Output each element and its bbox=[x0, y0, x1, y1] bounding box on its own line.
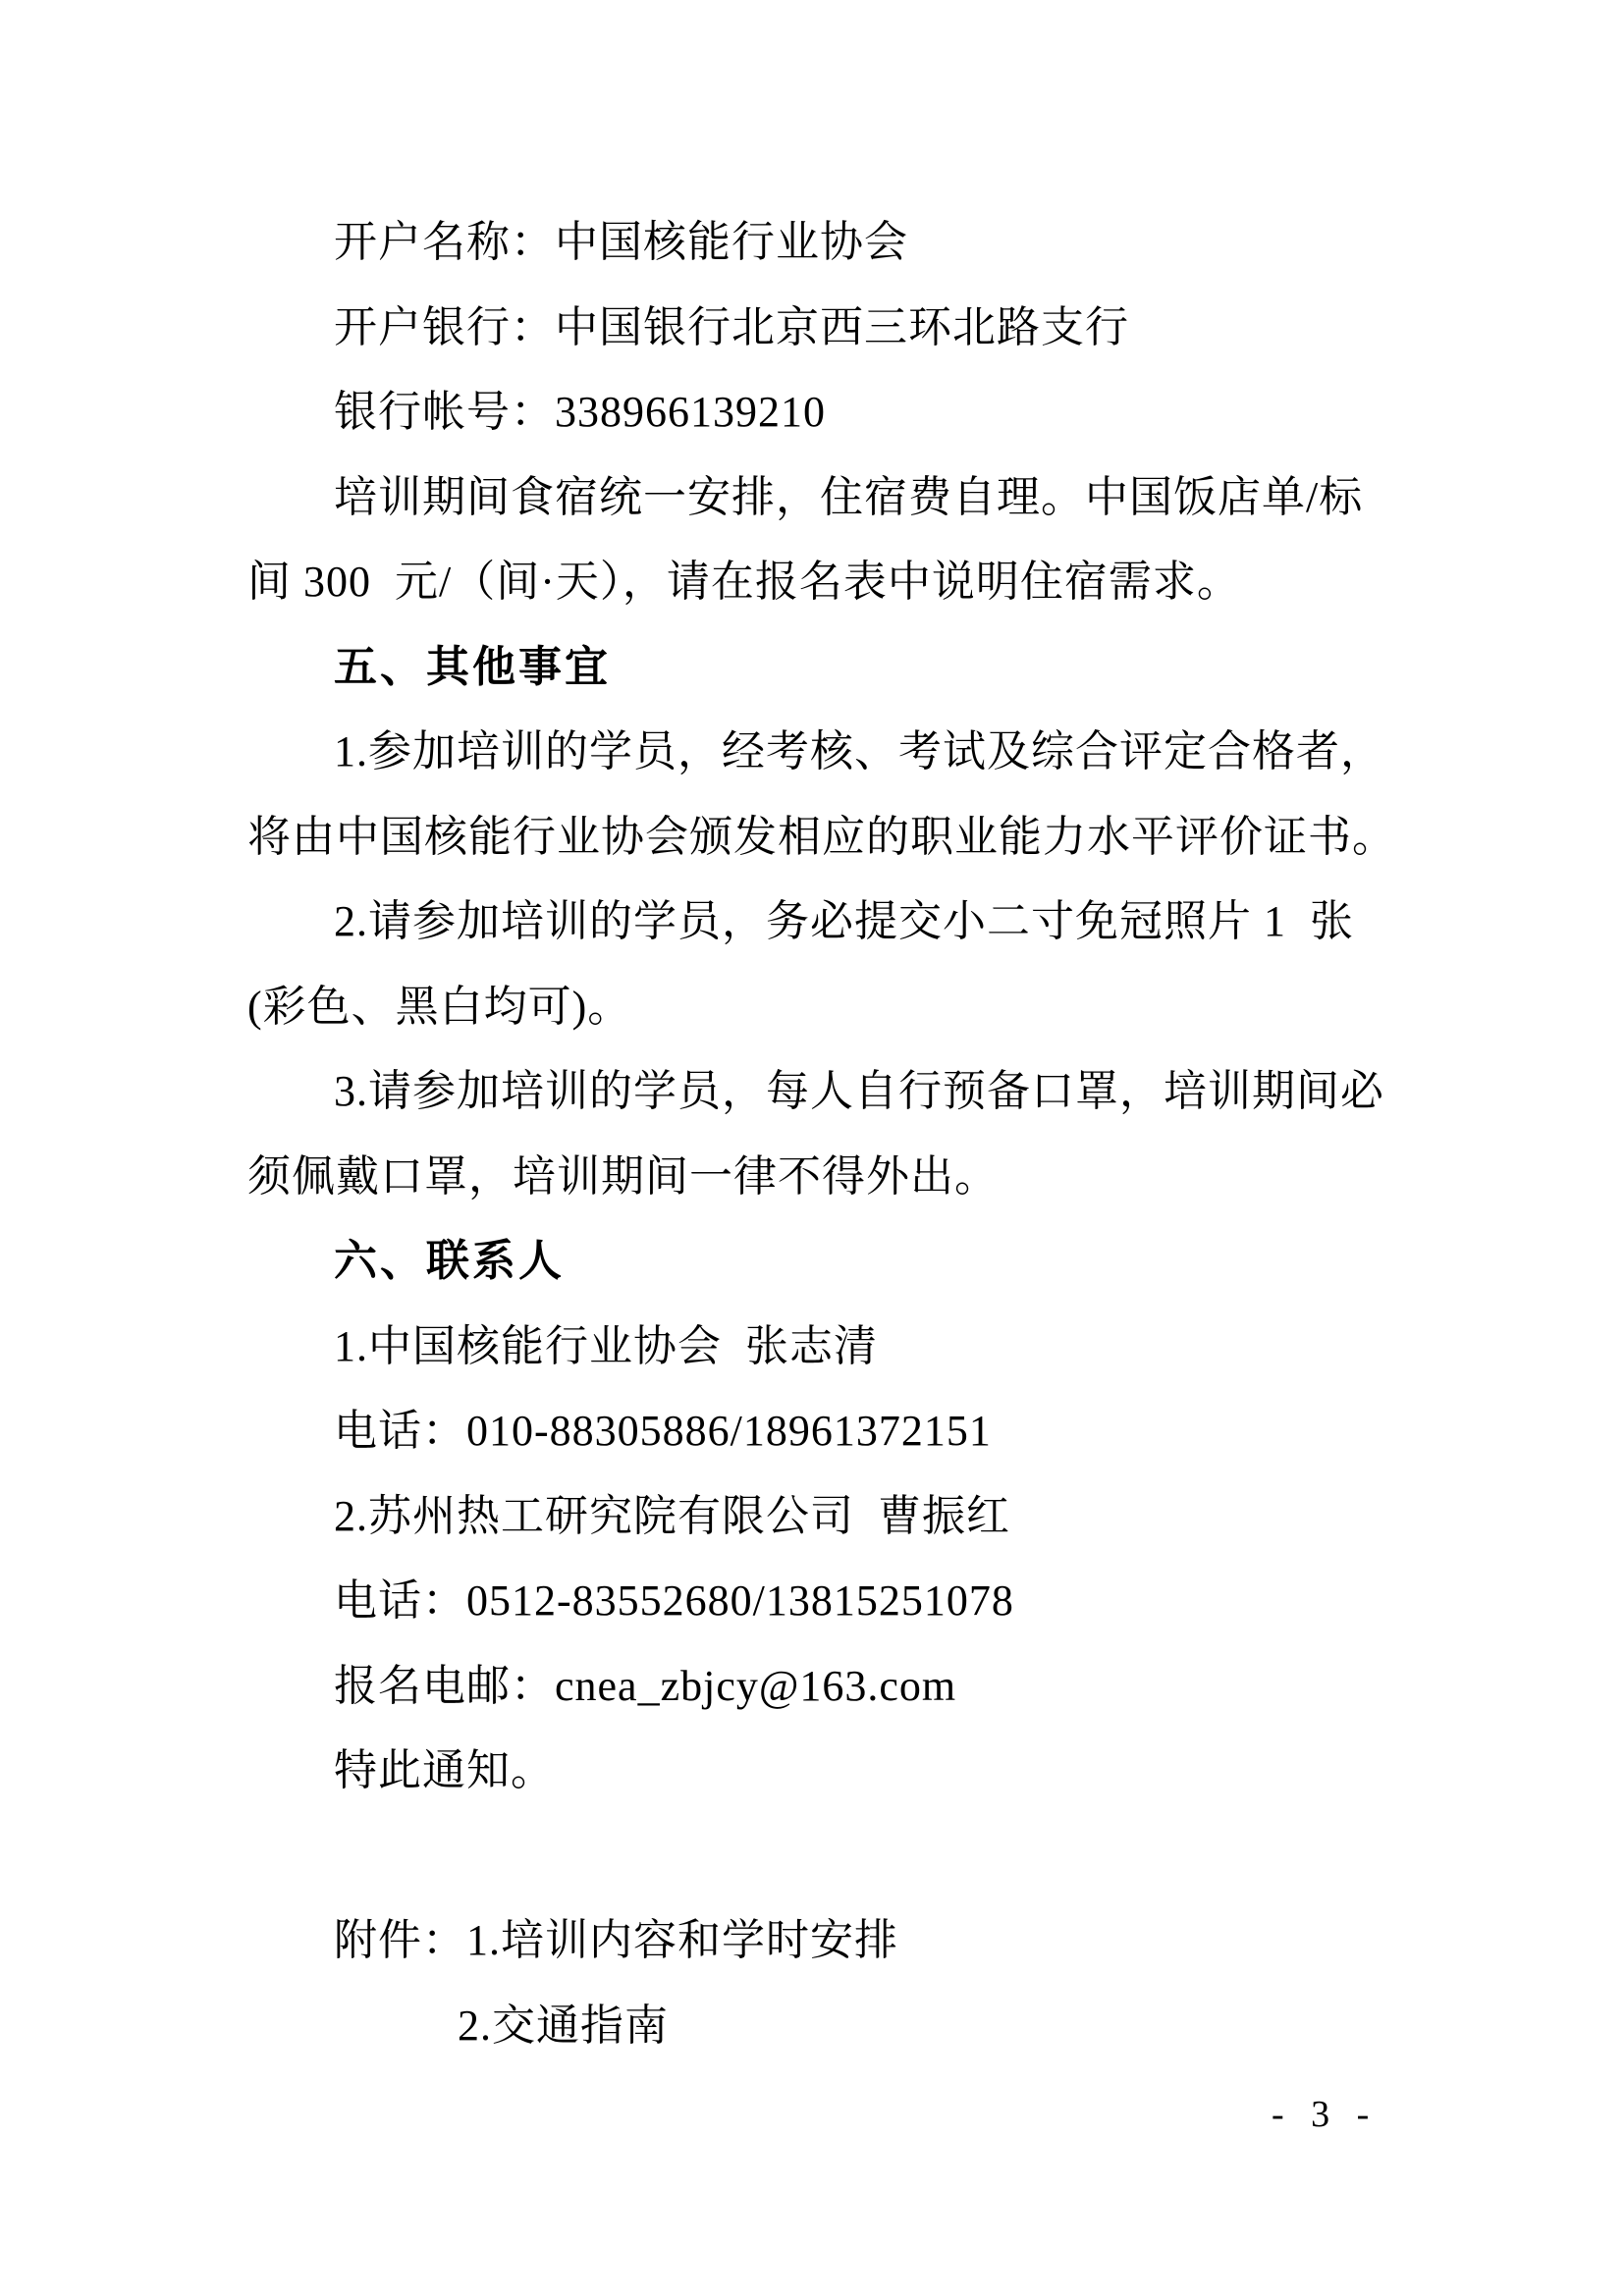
document-line: 特此通知。 bbox=[247, 1729, 1406, 1814]
document-line: 将由中国核能行业协会颁发相应的职业能力水平评价证书。 bbox=[247, 795, 1406, 881]
document-line: 3.请参加培训的学员，每人自行预备口罩，培训期间必 bbox=[247, 1049, 1406, 1135]
page-number: - 3 - bbox=[1272, 2093, 1378, 2136]
document-page: 开户名称：中国核能行业协会开户银行：中国银行北京西三环北路支行银行帐号：3389… bbox=[0, 0, 1624, 2296]
document-line: 须佩戴口罩，培训期间一律不得外出。 bbox=[247, 1135, 1406, 1220]
document-line: 2.请参加培训的学员，务必提交小二寸免冠照片 1 张 bbox=[247, 880, 1406, 965]
document-line: 开户名称：中国核能行业协会 bbox=[247, 200, 1406, 286]
document-line: 银行帐号：338966139210 bbox=[247, 370, 1406, 455]
document-line: 附件：1.培训内容和学时安排 bbox=[247, 1898, 1406, 1984]
document-line: 1.参加培训的学员，经考核、考试及综合评定合格者， bbox=[247, 710, 1406, 795]
document-line: 间 300 元/（间·天），请在报名表中说明住宿需求。 bbox=[247, 540, 1406, 625]
document-line: 1.中国核能行业协会 张志清 bbox=[247, 1305, 1406, 1390]
document-line: 培训期间食宿统一安排，住宿费自理。中国饭店单/标 bbox=[247, 455, 1406, 541]
document-line: 电话：010-88305886/18961372151 bbox=[247, 1389, 1406, 1474]
blank-line bbox=[247, 1814, 1406, 1899]
document-line: 2.交通指南 bbox=[247, 1984, 1406, 2069]
document-line: 报名电邮：cnea_zbjcy@163.com bbox=[247, 1644, 1406, 1730]
section-heading: 六、联系人 bbox=[247, 1219, 1406, 1305]
document-line: 开户银行：中国银行北京西三环北路支行 bbox=[247, 286, 1406, 371]
document-body: 开户名称：中国核能行业协会开户银行：中国银行北京西三环北路支行银行帐号：3389… bbox=[247, 200, 1406, 2068]
document-line: 2.苏州热工研究院有限公司 曹振红 bbox=[247, 1474, 1406, 1560]
section-heading: 五、其他事宜 bbox=[247, 625, 1406, 711]
document-line: (彩色、黑白均可)。 bbox=[247, 965, 1406, 1050]
document-line: 电话：0512-83552680/13815251078 bbox=[247, 1559, 1406, 1644]
